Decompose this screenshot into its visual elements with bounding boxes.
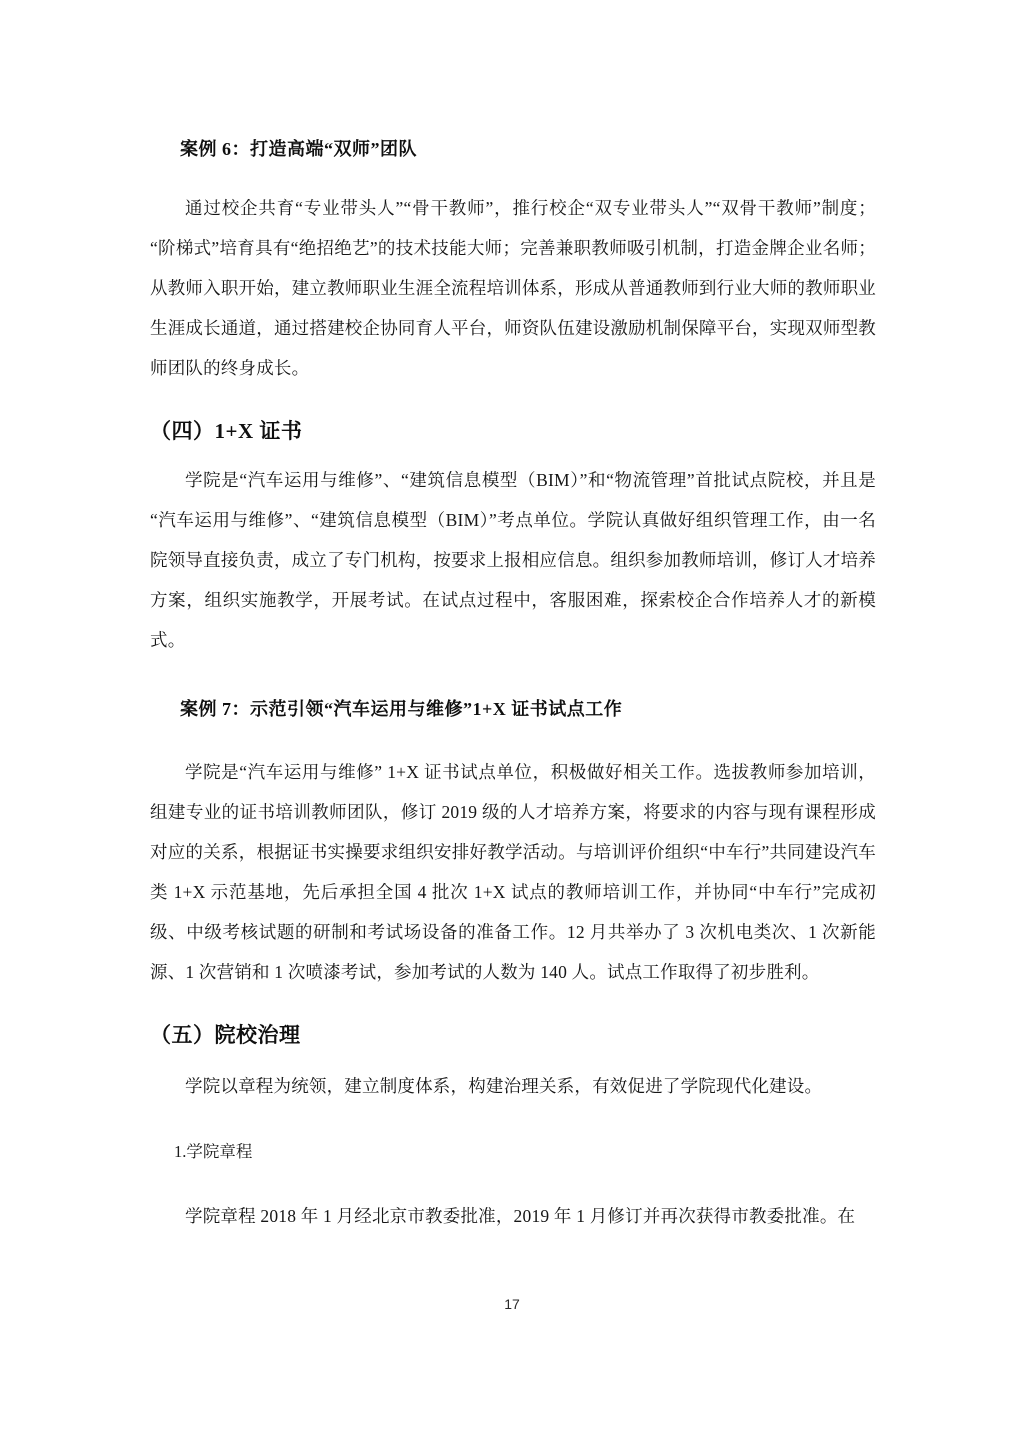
case6-paragraph: 通过校企共育“专业带头人”“骨干教师”，推行校企“双专业带头人”“双骨干教师”制… bbox=[150, 188, 876, 388]
section4-paragraph: 学院是“汽车运用与维修”、“建筑信息模型（BIM）”和“物流管理”首批试点院校，… bbox=[150, 460, 876, 660]
section4-heading: （四）1+X 证书 bbox=[150, 416, 876, 446]
case6-heading: 案例 6：打造高端“双师”团队 bbox=[150, 136, 876, 162]
page-number: 17 bbox=[0, 1296, 1024, 1312]
section5-paragraph: 学院以章程为统领，建立制度体系，构建治理关系，有效促进了学院现代化建设。 bbox=[150, 1066, 876, 1106]
case7-heading: 案例 7：示范引领“汽车运用与维修”1+X 证书试点工作 bbox=[150, 696, 876, 722]
document-page: 案例 6：打造高端“双师”团队 通过校企共育“专业带头人”“骨干教师”，推行校企… bbox=[0, 0, 1024, 1448]
case7-paragraph: 学院是“汽车运用与维修” 1+X 证书试点单位，积极做好相关工作。选拔教师参加培… bbox=[150, 752, 876, 992]
sub1-paragraph: 学院章程 2018 年 1 月经北京市教委批准，2019 年 1 月修订并再次获… bbox=[150, 1196, 876, 1236]
document-content: 案例 6：打造高端“双师”团队 通过校企共育“专业带头人”“骨干教师”，推行校企… bbox=[150, 0, 876, 1236]
sub1-heading: 1.学院章程 bbox=[150, 1140, 876, 1164]
section5-heading: （五）院校治理 bbox=[150, 1020, 876, 1050]
